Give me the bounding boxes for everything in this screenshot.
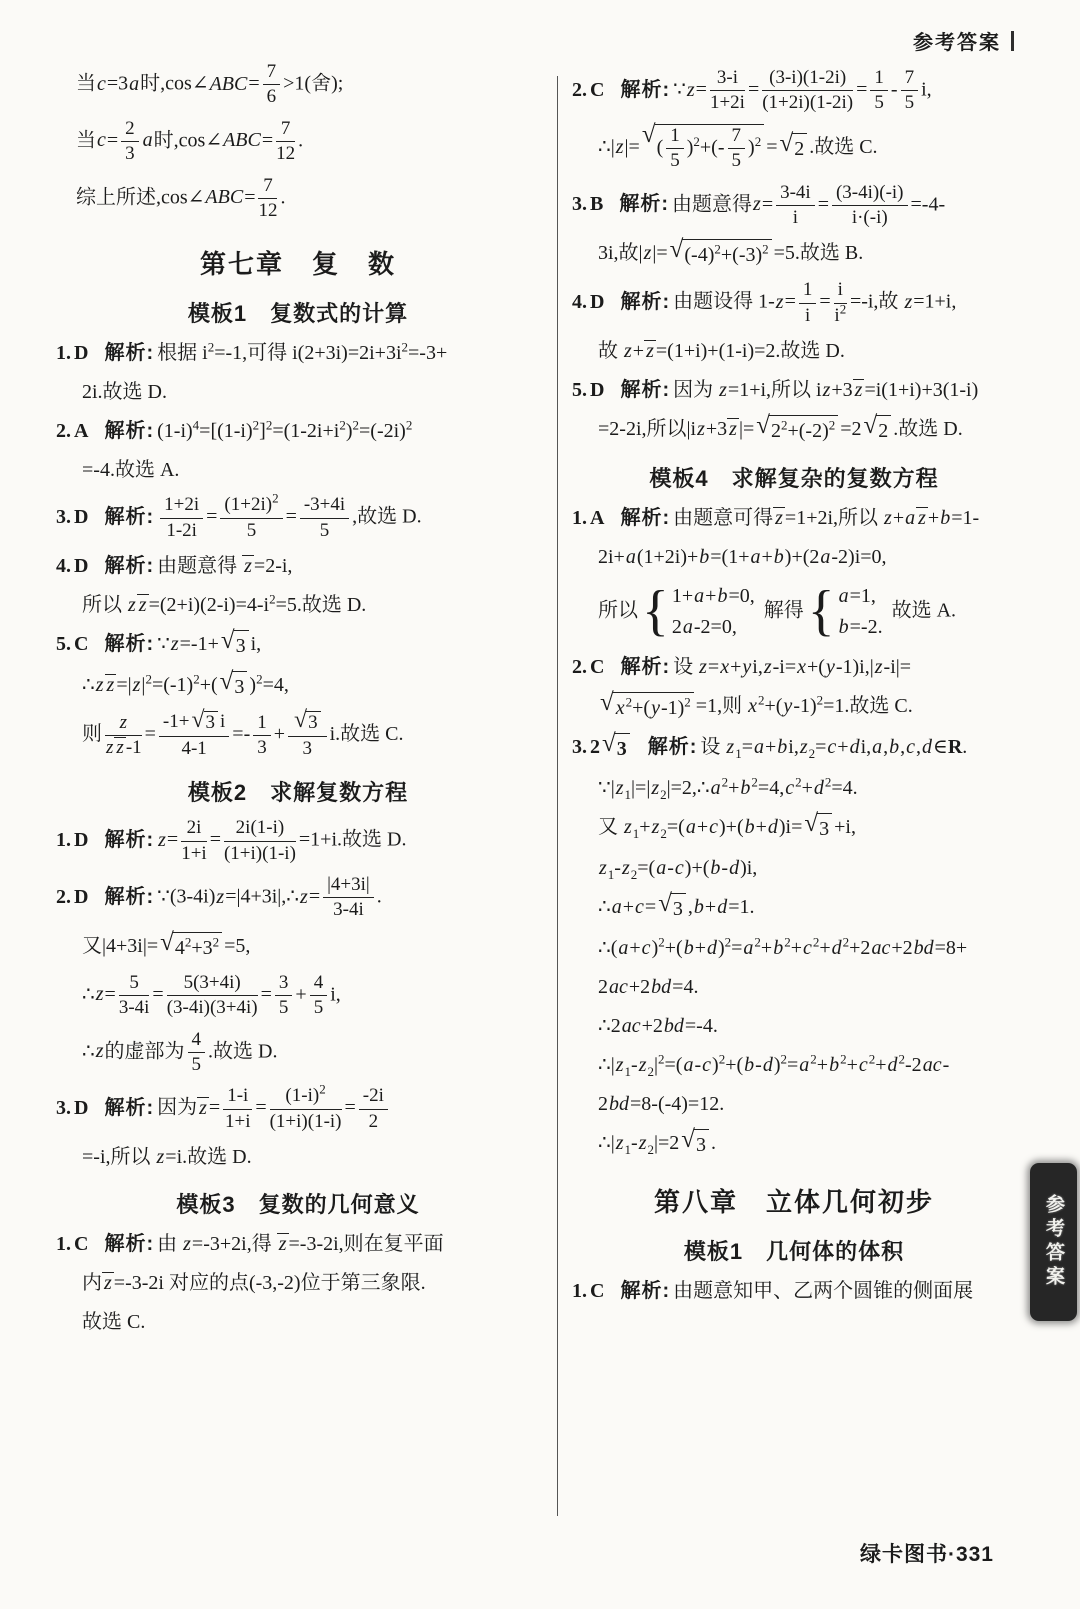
answer-item: 1.C解析:由 z=-3+2i,得 z=-3-2i,则在复平面内z=-3-2i …	[56, 1229, 540, 1337]
conjugate-overline: z	[644, 340, 656, 362]
square-root: √3	[804, 813, 832, 844]
chapter-heading: 第七章 复 数	[56, 244, 540, 281]
square-root: √(-4)2+(-3)2	[670, 239, 772, 270]
analysis-label: 解析:	[104, 342, 154, 364]
analysis-label: 解析:	[619, 193, 669, 215]
conjugate-overline: z	[916, 507, 928, 529]
template-heading: 模板4 求解复杂的复数方程	[572, 462, 1016, 493]
fraction: -3+4i5	[300, 494, 349, 542]
solution-line: ∴z=53-4i=5(3+4i)(3-4i)(3+4i)=35+45i,	[56, 972, 540, 1020]
answer-letter: C	[74, 633, 88, 655]
question-number: 3.	[572, 193, 587, 215]
fraction: 712	[276, 118, 295, 166]
answer-letter: B	[590, 193, 603, 215]
conjugate-overline: z	[105, 674, 117, 696]
solution-line: 故选 C.	[56, 1307, 540, 1337]
answer-key-page: 参考答案 当c=3a时,cos∠ABC=76>1(舍);当c=23a时,cos∠…	[0, 0, 1080, 1609]
answer-letter: D	[74, 1097, 88, 1119]
solution-line: 又 z1+z2=(a+c)+(b+d)i=√3+i,	[572, 812, 1016, 844]
conjugate-overline: z	[773, 507, 785, 529]
question-number: 1.	[572, 1280, 587, 1302]
conjugate-overline: z	[853, 379, 865, 401]
square-root: √3	[681, 1129, 709, 1160]
solution-line: 所以{1+a+b=0,2a-2=0, 解得{a=1,b=-2. 故选 A.	[572, 581, 1016, 643]
answer-letter: C	[590, 79, 604, 101]
question-number: 5.	[572, 379, 587, 401]
solution-line: 2i+a(1+2i)+b=(1+a+b)+(2a-2)i=0,	[572, 542, 1016, 572]
analysis-label: 解析:	[620, 656, 670, 678]
footer-dot: ·	[948, 1543, 956, 1566]
answer-letter: D	[74, 342, 88, 364]
fraction: -1+√3i4-1	[159, 711, 229, 760]
fraction: 712	[258, 175, 277, 223]
solution-line: √x2+(y-1)2=1,则 x2+(y-1)2=1.故选 C.	[572, 691, 1016, 723]
fraction: 15	[870, 67, 888, 115]
solution-line: ∴2ac+2bd=-4.	[572, 1011, 1016, 1041]
analysis-label: 解析:	[104, 1097, 154, 1119]
analysis-label: 解析:	[620, 379, 670, 401]
solution-line: ∴a+c=√3,b+d=1.	[572, 892, 1016, 924]
right-column: 2.C解析:∵z=3-i1+2i=(3-i)(1-2i)(1+2i)(1-2i)…	[572, 58, 1016, 1315]
question-number: 2.	[56, 886, 71, 908]
cases-system: {1+a+b=0,2a-2=0,	[642, 581, 755, 643]
solution-line: 3i,故|z|=√(-4)2+(-3)2=5.故选 B.	[572, 238, 1016, 270]
question-number: 4.	[572, 291, 587, 313]
solution-line: 当c=3a时,cos∠ABC=76>1(舍);	[56, 61, 540, 109]
fraction: 35	[275, 972, 293, 1020]
solution-line: 当c=23a时,cos∠ABC=712.	[56, 118, 540, 166]
square-root: √(15)2+(-75)2	[642, 124, 764, 173]
fraction: (1+2i)25	[220, 494, 282, 542]
question-number: 1.	[56, 342, 71, 364]
fraction: 2i1+i	[181, 817, 207, 865]
answer-item: 1.C解析:由题意知甲、乙两个圆锥的侧面展	[572, 1276, 1016, 1306]
answer-item: 3.2√3解析:设 z1=a+bi,z2=c+di,a,b,c,d∈R.∵|z1…	[572, 732, 1016, 1160]
question-number: 1.	[56, 1233, 71, 1255]
analysis-label: 解析:	[104, 886, 154, 908]
question-number: 1.	[572, 507, 587, 529]
solution-line: 4.D解析:由题设得 1-z=1i=ii2=-i,故 z=1+i,	[572, 279, 1016, 327]
question-number: 3.	[56, 506, 71, 528]
fraction: 1i	[799, 279, 817, 327]
analysis-label: 解析:	[104, 420, 154, 442]
question-number: 4.	[56, 555, 71, 577]
fraction: 76	[263, 61, 281, 109]
solution-line: 则zzz-1=-1+√3i4-1=-13+√33i.故选 C.	[56, 711, 540, 760]
analysis-label: 解析:	[620, 507, 670, 529]
question-number: 3.	[56, 1097, 71, 1119]
conjugate-overline: z	[197, 1097, 209, 1119]
answer-item: 4.D解析:由题设得 1-z=1i=ii2=-i,故 z=1+i,故 z+z=(…	[572, 279, 1016, 366]
answer-letter: D	[590, 379, 604, 401]
answer-letter: C	[590, 656, 604, 678]
fraction: 5(3+4i)(3-4i)(3+4i)	[167, 972, 258, 1020]
question-number: 2.	[572, 656, 587, 678]
answer-letter: C	[74, 1233, 88, 1255]
solution-line: 故 z+z=(1+i)+(1-i)=2.故选 D.	[572, 336, 1016, 366]
template-heading: 模板1 复数式的计算	[56, 297, 540, 328]
chapter-heading: 第八章 立体几何初步	[572, 1182, 1016, 1219]
analysis-label: 解析:	[648, 736, 698, 758]
column-divider	[557, 76, 558, 1516]
edge-tab-label: 参考答案	[1040, 1194, 1067, 1290]
analysis-label: 解析:	[104, 633, 154, 655]
solution-line: ∴z的虚部为45.故选 D.	[56, 1029, 540, 1077]
answer-letter: D	[590, 291, 604, 313]
square-root: √3	[191, 711, 218, 735]
answer-letter: A	[74, 420, 88, 442]
solution-line: ∴|z|=√(15)2+(-75)2=√2.故选 C.	[572, 124, 1016, 173]
answer-item: 5.C解析:∵z=-1+√3i,∴zz=|z|2=(-1)2+(√3)2=4,则…	[56, 629, 540, 760]
solution-line: z1-z2=(a-c)+(b-d)i,	[572, 853, 1016, 883]
solution-line: ∴(a+c)2+(b+d)2=a2+b2+c2+d2+2ac+2bd=8+	[572, 933, 1016, 963]
continued-solution: 当c=3a时,cos∠ABC=76>1(舍);当c=23a时,cos∠ABC=7…	[56, 61, 540, 222]
solution-line: 1.C解析:由题意知甲、乙两个圆锥的侧面展	[572, 1276, 1016, 1306]
conjugate-overline: z	[114, 737, 125, 758]
solution-line: 3.D解析:因为z=1-i1+i=(1-i)2(1+i)(1-i)=-2i2	[56, 1085, 540, 1133]
fraction: -2i2	[359, 1085, 388, 1133]
analysis-label: 解析:	[104, 506, 154, 528]
solution-line: 2ac+2bd=4.	[572, 972, 1016, 1002]
fraction: 15	[666, 125, 684, 173]
answer-letter: A	[590, 507, 604, 529]
square-root: √3	[220, 671, 248, 702]
conjugate-overline: z	[727, 418, 739, 440]
header-label: 参考答案	[913, 26, 1001, 55]
answer-letter: D	[74, 829, 88, 851]
answer-item: 3.B解析:由题意得z=3-4ii=(3-4i)(-i)i·(-i)=-4-3i…	[572, 182, 1016, 271]
conjugate-overline: z	[102, 1272, 114, 1294]
solution-line: ∴|z1-z2|2=(a-c)2+(b-d)2=a2+b2+c2+d2-2ac-	[572, 1050, 1016, 1080]
solution-line: ∴|z1-z2|=2√3.	[572, 1128, 1016, 1160]
answer-item: 3.D解析:1+2i1-2i=(1+2i)25=-3+4i5,故选 D.	[56, 494, 540, 542]
answer-item: 3.D解析:因为z=1-i1+i=(1-i)2(1+i)(1-i)=-2i2=-…	[56, 1085, 540, 1172]
solution-line: 5.D解析:因为 z=1+i,所以 iz+3z=i(1+i)+3(1-i)	[572, 375, 1016, 405]
square-root: √3	[294, 711, 321, 735]
answer-item: 2.C解析:∵z=3-i1+2i=(3-i)(1-2i)(1+2i)(1-2i)…	[572, 67, 1016, 173]
solution-line: 所以 zz=(2+i)(2-i)=4-i2=5.故选 D.	[56, 590, 540, 620]
fraction: 75	[728, 125, 746, 173]
page-header: 参考答案	[913, 26, 1014, 55]
answer-item: 1.D解析:z=2i1+i=2i(1-i)(1+i)(1-i)=1+i.故选 D…	[56, 817, 540, 865]
answer-item: 4.D解析:由题意得 z=2-i,所以 zz=(2+i)(2-i)=4-i2=5…	[56, 551, 540, 620]
fraction: ii2	[834, 279, 847, 327]
answer-item: 1.A解析:由题意可得z=1+2i,所以 z+az+b=1-2i+a(1+2i)…	[572, 503, 1016, 643]
solution-line: 3.B解析:由题意得z=3-4ii=(3-4i)(-i)i·(-i)=-4-	[572, 182, 1016, 230]
answer-letter: D	[74, 886, 88, 908]
fraction: 2i(1-i)(1+i)(1-i)	[224, 817, 296, 865]
cases-system: {a=1,b=-2.	[808, 581, 883, 643]
answer-letter: C	[590, 1280, 604, 1302]
square-root: √2	[864, 415, 892, 446]
square-root: √22+(-2)2	[756, 415, 838, 446]
solution-line: 综上所述,cos∠ABC=712.	[56, 175, 540, 223]
solution-line: 2bd=8-(-4)=12.	[572, 1089, 1016, 1119]
square-root: √2	[779, 133, 807, 164]
solution-line: 内z=-3-2i 对应的点(-3,-2)位于第三象限.	[56, 1268, 540, 1298]
analysis-label: 解析:	[104, 555, 154, 577]
header-rule	[1011, 31, 1014, 51]
square-root: √3	[602, 733, 630, 764]
answer-item: 2.A解析:(1-i)4=[(1-i)2]2=(1-2i+i2)2=(-2i)2…	[56, 416, 540, 485]
solution-line: 4.D解析:由题意得 z=2-i,	[56, 551, 540, 581]
solution-line: =2-2i,所以|iz+3z|=√22+(-2)2=2√2.故选 D.	[572, 414, 1016, 446]
square-root: √x2+(y-1)2	[600, 692, 694, 723]
solution-line: 3.D解析:1+2i1-2i=(1+2i)25=-3+4i5,故选 D.	[56, 494, 540, 542]
analysis-label: 解析:	[620, 1280, 670, 1302]
analysis-label: 解析:	[620, 79, 670, 101]
solution-line: 2.A解析:(1-i)4=[(1-i)2]2=(1-2i+i2)2=(-2i)2	[56, 416, 540, 446]
analysis-label: 解析:	[620, 291, 670, 313]
fraction: (3-i)(1-2i)(1+2i)(1-2i)	[762, 67, 853, 115]
fraction: 13	[253, 712, 271, 760]
question-number: 2.	[572, 79, 587, 101]
analysis-label: 解析:	[104, 829, 154, 851]
fraction: 75	[901, 67, 919, 115]
solution-line: 2.D解析:∵(3-4i)z=|4+3i|,∴z=|4+3i|3-4i.	[56, 874, 540, 922]
solution-line: ∵|z1|=|z2|=2,∴a2+b2=4,c2+d2=4.	[572, 773, 1016, 803]
answer-letter: D	[74, 506, 88, 528]
question-number: 1.	[56, 829, 71, 851]
fraction: 3-i1+2i	[710, 67, 745, 115]
template-heading: 模板2 求解复数方程	[56, 776, 540, 807]
answer-item: 2.C解析:设 z=x+yi,z-i=x+(y-1)i,|z-i|=√x2+(y…	[572, 652, 1016, 723]
fraction: 3-4ii	[776, 182, 815, 230]
square-root: √3	[221, 630, 249, 661]
solution-line: 1.D解析:根据 i2=-1,可得 i(2+3i)=2i+3i2=-3+	[56, 338, 540, 368]
fraction: 53-4i	[119, 972, 150, 1020]
answers-edge-tab: 参考答案	[1030, 1163, 1077, 1321]
answer-letter: 2√3	[590, 736, 632, 758]
solution-line: =-4.故选 A.	[56, 455, 540, 485]
fraction: √33	[288, 711, 327, 760]
answer-item: 2.D解析:∵(3-4i)z=|4+3i|,∴z=|4+3i|3-4i.又|4+…	[56, 874, 540, 1076]
solution-line: =-i,所以 z=i.故选 D.	[56, 1142, 540, 1172]
solution-line: 3.2√3解析:设 z1=a+bi,z2=c+di,a,b,c,d∈R.	[572, 732, 1016, 764]
square-root: √3	[658, 893, 686, 924]
conjugate-overline: z	[277, 1233, 289, 1255]
analysis-label: 解析:	[104, 1233, 154, 1255]
solution-line: 1.A解析:由题意可得z=1+2i,所以 z+az+b=1-	[572, 503, 1016, 533]
fraction: 45	[310, 972, 328, 1020]
solution-line: 1.D解析:z=2i1+i=2i(1-i)(1+i)(1-i)=1+i.故选 D…	[56, 817, 540, 865]
solution-line: 又|4+3i|=√42+32=5,	[56, 931, 540, 963]
answer-letter: D	[74, 555, 88, 577]
answer-item: 5.D解析:因为 z=1+i,所以 iz+3z=i(1+i)+3(1-i)=2-…	[572, 375, 1016, 446]
solution-line: 5.C解析:∵z=-1+√3i,	[56, 629, 540, 661]
template-heading: 模板1 几何体的体积	[572, 1235, 1016, 1266]
left-column: 当c=3a时,cos∠ABC=76>1(舍);当c=23a时,cos∠ABC=7…	[56, 52, 540, 1346]
solution-line: 2.C解析:∵z=3-i1+2i=(3-i)(1-2i)(1+2i)(1-2i)…	[572, 67, 1016, 115]
fraction: |4+3i|3-4i	[323, 874, 374, 922]
template-heading: 模板3 复数的几何意义	[56, 1188, 540, 1219]
conjugate-overline: z	[242, 555, 254, 577]
solution-line: ∴zz=|z|2=(-1)2+(√3)2=4,	[56, 670, 540, 702]
fraction: 23	[121, 118, 139, 166]
square-root: √42+32	[160, 932, 222, 963]
page-footer: 绿卡图书·331	[860, 1538, 994, 1568]
conjugate-overline: z	[137, 594, 149, 616]
footer-brand: 绿卡图书	[860, 1543, 948, 1566]
solution-line: 1.C解析:由 z=-3+2i,得 z=-3-2i,则在复平面	[56, 1229, 540, 1259]
fraction: 45	[188, 1029, 206, 1077]
solution-line: 2i.故选 D.	[56, 377, 540, 407]
question-number: 2.	[56, 420, 71, 442]
question-number: 5.	[56, 633, 71, 655]
fraction: 1+2i1-2i	[160, 494, 203, 542]
fraction: (3-4i)(-i)i·(-i)	[832, 182, 908, 230]
question-number: 3.	[572, 736, 587, 758]
answer-item: 1.D解析:根据 i2=-1,可得 i(2+3i)=2i+3i2=-3+2i.故…	[56, 338, 540, 407]
fraction: (1-i)2(1+i)(1-i)	[270, 1085, 342, 1133]
solution-line: 2.C解析:设 z=x+yi,z-i=x+(y-1)i,|z-i|=	[572, 652, 1016, 682]
fraction: 1-i1+i	[223, 1085, 252, 1133]
fraction: zzz-1	[105, 712, 142, 760]
footer-page-number: 331	[956, 1543, 994, 1566]
